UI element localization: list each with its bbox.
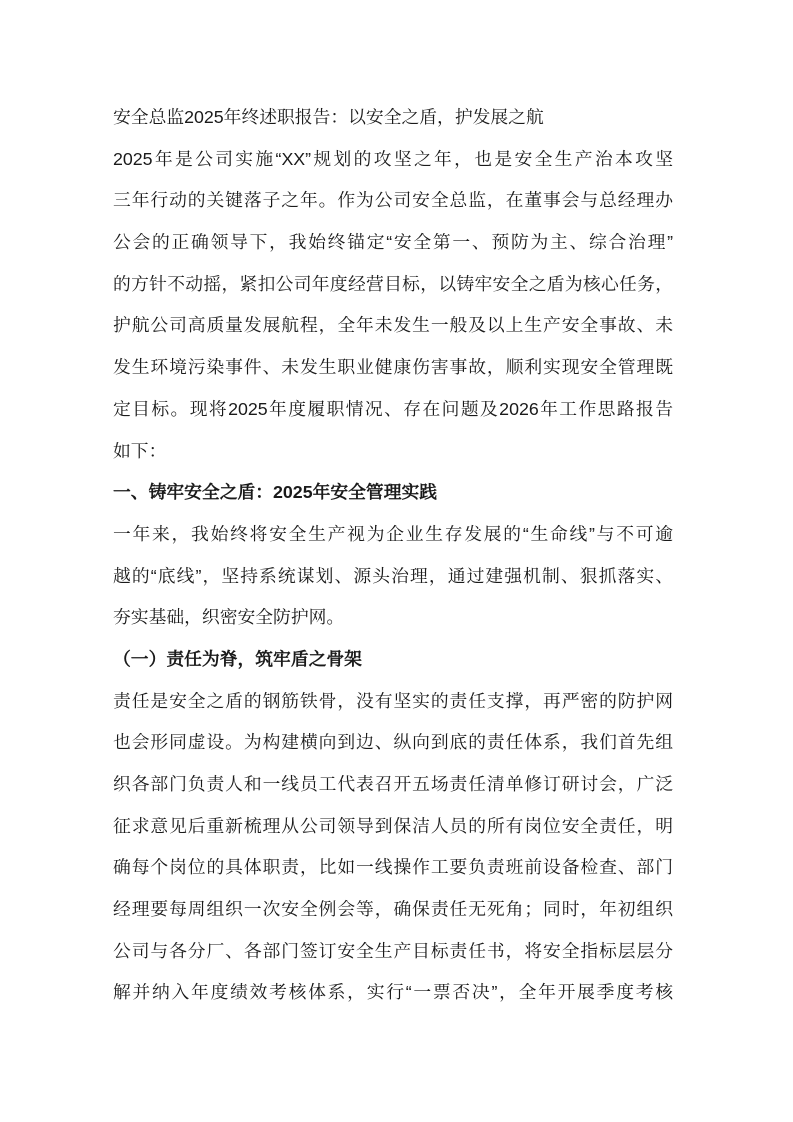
document-title: 安全总监2025年终述职报告：以安全之盾，护发展之航: [113, 97, 673, 139]
text-line: 一年来，我始终将安全生产视为企业生存发展的“生命线”与不可逾: [113, 514, 673, 556]
paragraph: 一年来，我始终将安全生产视为企业生存发展的“生命线”与不可逾越的“底线”，坚持系…: [113, 514, 673, 639]
section-heading: 一、铸牢安全之盾：2025年安全管理实践: [113, 472, 673, 514]
text-line: 安全总监2025年终述职报告：以安全之盾，护发展之航: [113, 97, 673, 139]
text-line: 征求意见后重新梳理从公司领导到保洁人员的所有岗位安全责任，明: [113, 806, 673, 848]
text-line: 护航公司高质量发展航程，全年未发生一般及以上生产安全事故、未: [113, 305, 673, 347]
text-line: 织各部门负责人和一线员工代表召开五场责任清单修订研讨会，广泛: [113, 764, 673, 806]
text-line: 也会形同虚设。为构建横向到边、纵向到底的责任体系，我们首先组: [113, 722, 673, 764]
text-line: 发生环境污染事件、未发生职业健康伤害事故，顺利实现安全管理既: [113, 347, 673, 389]
text-line: 2025年是公司实施“XX”规划的攻坚之年，也是安全生产治本攻坚: [113, 139, 673, 181]
text-line: 如下：: [113, 431, 673, 473]
text-line: 经理要每周组织一次安全例会等，确保责任无死角；同时，年初组织: [113, 889, 673, 931]
text-line: 公司与各分厂、各部门签订安全生产目标责任书，将安全指标层层分: [113, 931, 673, 973]
text-line: 三年行动的关键落子之年。作为公司安全总监，在董事会与总经理办: [113, 180, 673, 222]
text-line: 公会的正确领导下，我始终锚定“安全第一、预防为主、综合治理”: [113, 222, 673, 264]
text-line: 夯实基础，织密安全防护网。: [113, 597, 673, 639]
subsection-heading: （一）责任为脊，筑牢盾之骨架: [113, 639, 673, 681]
text-line: 越的“底线”，坚持系统谋划、源头治理，通过建强机制、狠抓落实、: [113, 556, 673, 598]
text-line: 一、铸牢安全之盾：2025年安全管理实践: [113, 472, 673, 514]
text-line: 的方针不动摇，紧扣公司年度经营目标，以铸牢安全之盾为核心任务，: [113, 264, 673, 306]
document-body: 安全总监2025年终述职报告：以安全之盾，护发展之航2025年是公司实施“XX”…: [113, 97, 673, 1014]
text-line: （一）责任为脊，筑牢盾之骨架: [113, 639, 673, 681]
paragraph: 2025年是公司实施“XX”规划的攻坚之年，也是安全生产治本攻坚三年行动的关键落…: [113, 139, 673, 473]
text-line: 定目标。现将2025年度履职情况、存在问题及2026年工作思路报告: [113, 389, 673, 431]
paragraph: 责任是安全之盾的钢筋铁骨，没有坚实的责任支撑，再严密的防护网也会形同虚设。为构建…: [113, 681, 673, 1015]
document-page: 安全总监2025年终述职报告：以安全之盾，护发展之航2025年是公司实施“XX”…: [0, 0, 793, 1122]
text-line: 确每个岗位的具体职责，比如一线操作工要负责班前设备检查、部门: [113, 847, 673, 889]
text-line: 责任是安全之盾的钢筋铁骨，没有坚实的责任支撑，再严密的防护网: [113, 681, 673, 723]
text-line: 解并纳入年度绩效考核体系，实行“一票否决”，全年开展季度考核: [113, 972, 673, 1014]
